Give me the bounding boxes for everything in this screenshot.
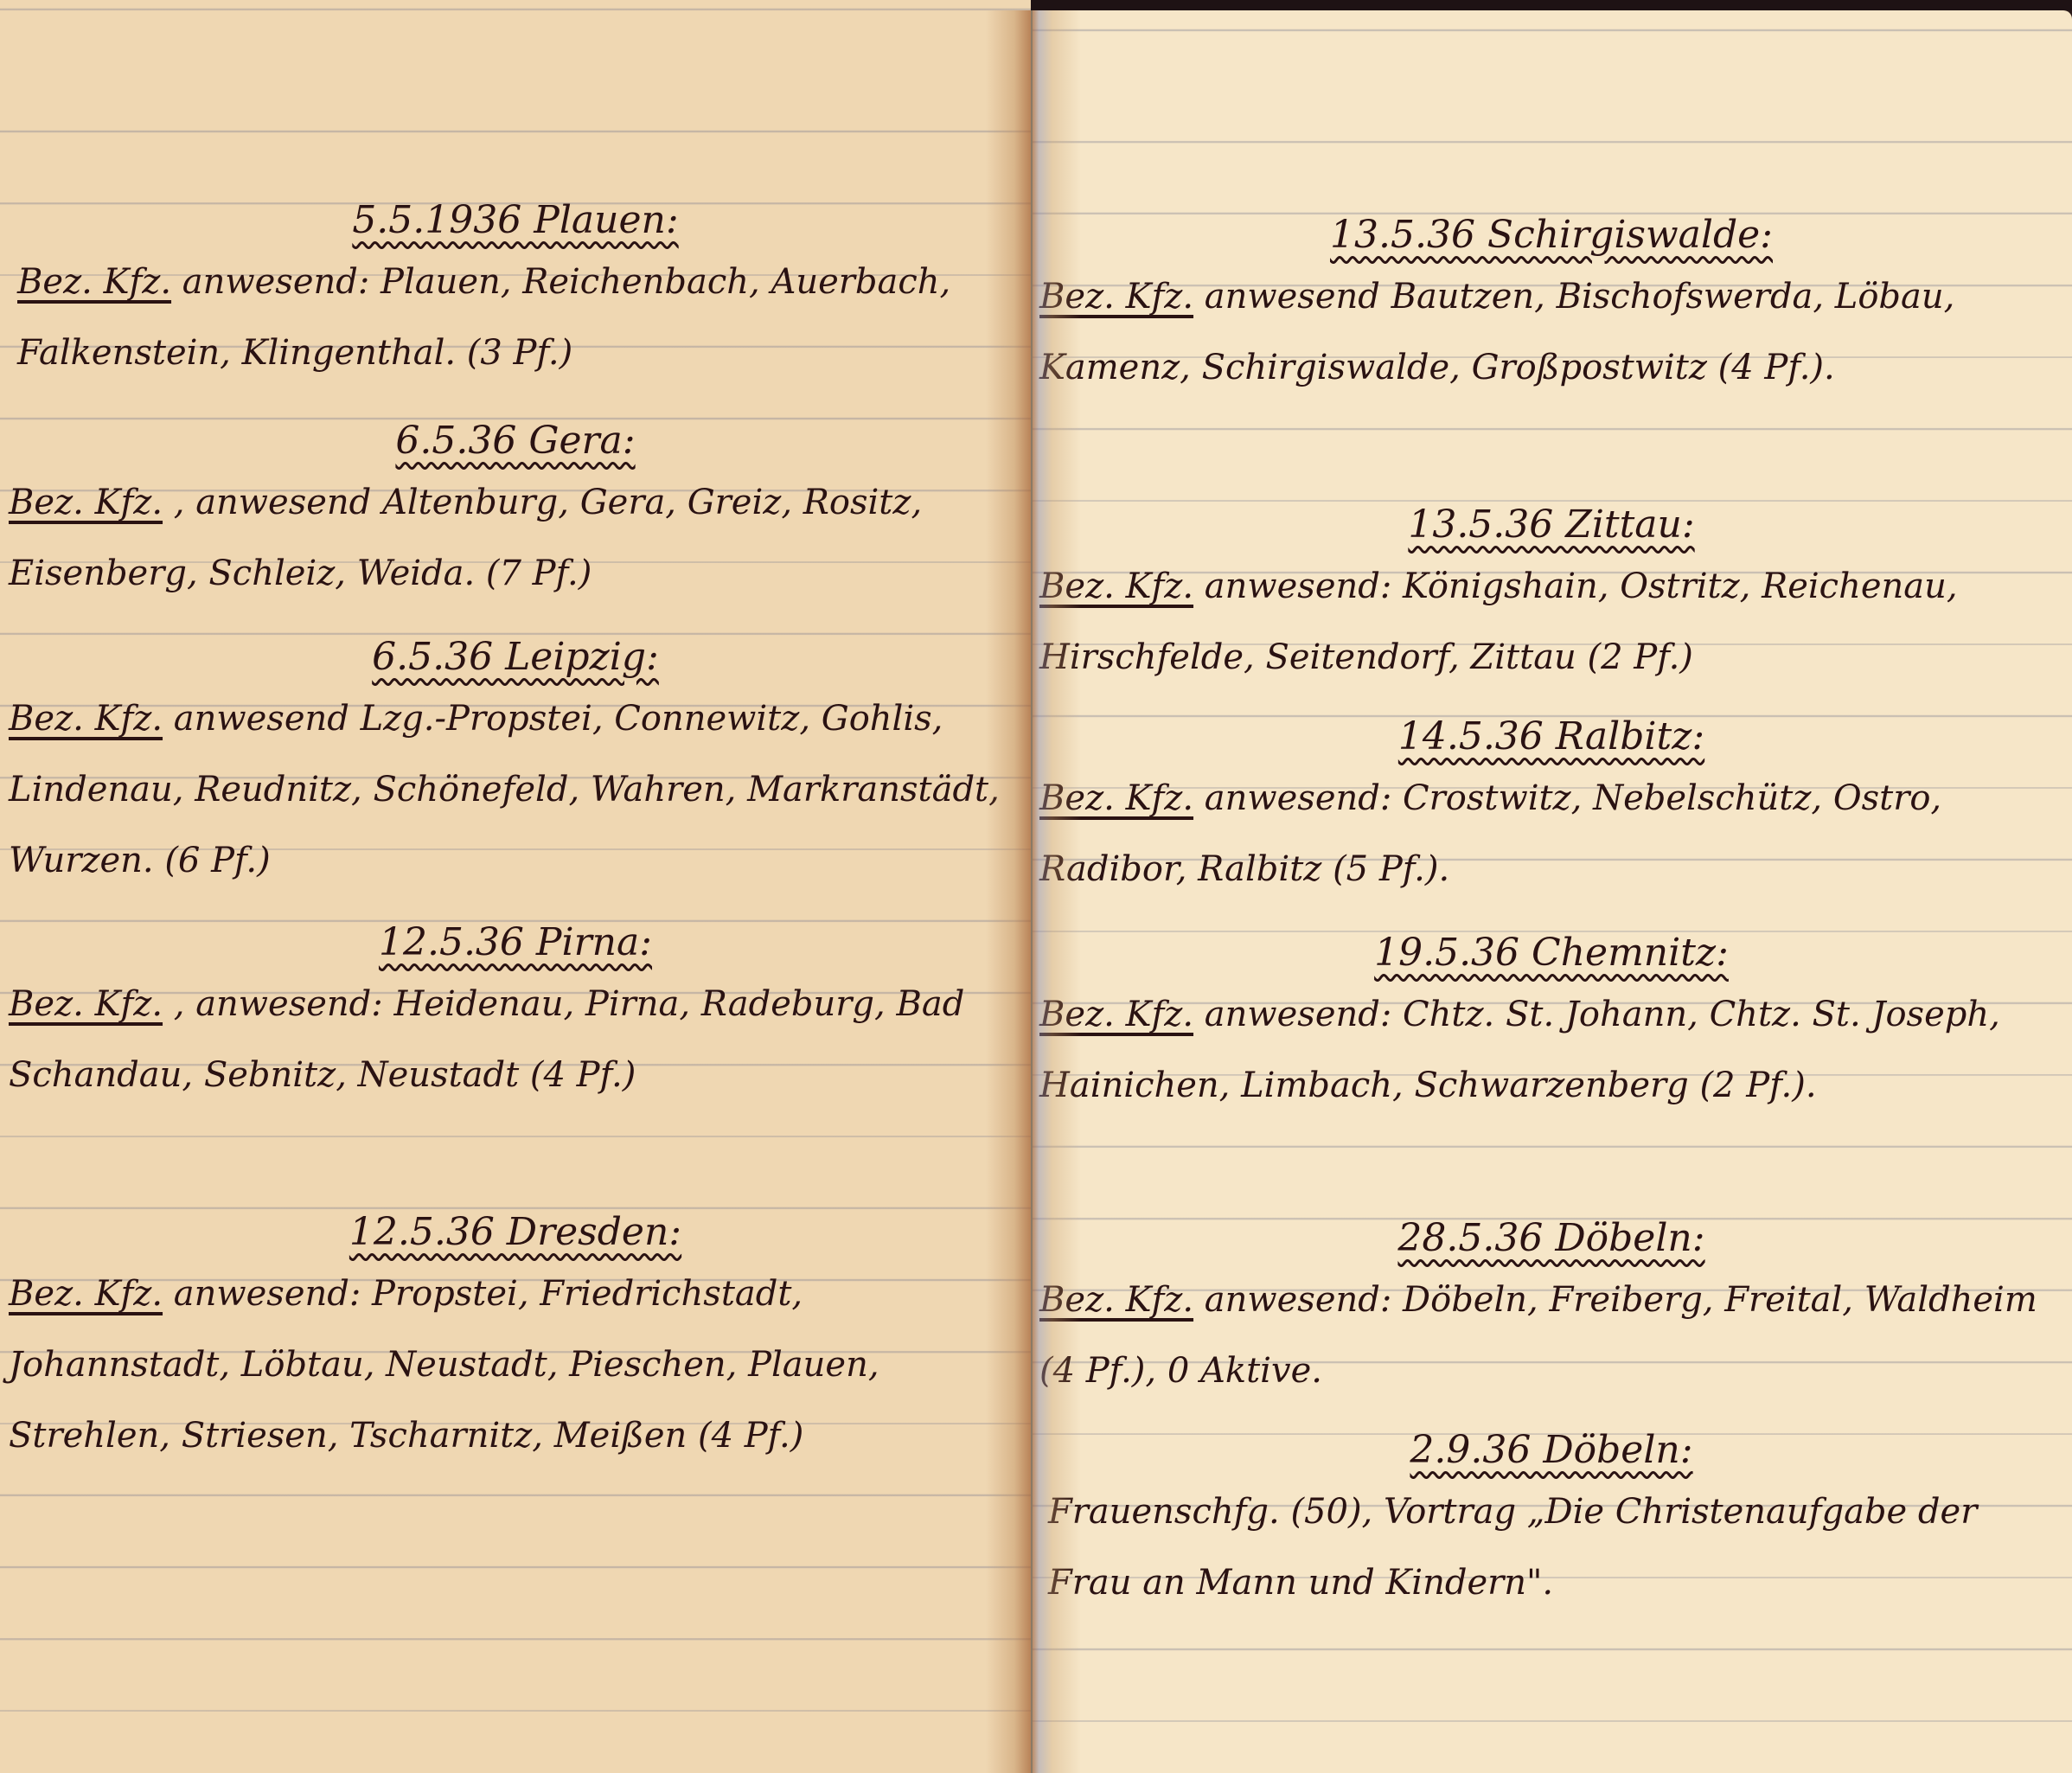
entry-text: Frauenschfg. (50), Vortrag „Die Christen…	[1048, 1492, 1977, 1603]
entry-gera: 6.5.36 Gera: Bez. Kfz. , anwesend Altenb…	[0, 415, 1031, 609]
entry-leipzig: 6.5.36 Leipzig: Bez. Kfz. anwesend Lzg.-…	[0, 631, 1031, 896]
entry-zittau: 13.5.36 Zittau: Bez. Kfz. anwesend: Köni…	[1031, 499, 2072, 693]
entry-heading: 28.5.36 Döbeln:	[1031, 1213, 2072, 1264]
entry-heading: 19.5.36 Chemnitz:	[1031, 927, 2072, 979]
entry-heading: 2.9.36 Döbeln:	[1031, 1424, 2072, 1476]
entry-heading: 13.5.36 Schirgiswalde:	[1031, 209, 2072, 261]
entry-label: Bez. Kfz.	[9, 984, 163, 1024]
notebook-top-edge	[1012, 0, 2072, 10]
entry-label: Bez. Kfz.	[9, 699, 163, 739]
entry-dresden: 12.5.36 Dresden: Bez. Kfz. anwesend: Pro…	[0, 1207, 1031, 1471]
entry-label: Bez. Kfz.	[9, 483, 163, 522]
entry-label: Bez. Kfz.	[9, 1274, 163, 1314]
entry-heading: 13.5.36 Zittau:	[1031, 499, 2072, 551]
entry-heading: 12.5.36 Pirna:	[0, 917, 1031, 969]
left-page: 5.5.1936 Plauen: Bez. Kfz. anwesend: Pla…	[0, 0, 1031, 1773]
entry-heading: 12.5.36 Dresden:	[0, 1207, 1031, 1258]
entry-pirna: 12.5.36 Pirna: Bez. Kfz. , anwesend: Hei…	[0, 917, 1031, 1111]
entry-ralbitz: 14.5.36 Ralbitz: Bez. Kfz. anwesend: Cro…	[1031, 711, 2072, 905]
spine-stain	[986, 10, 1081, 1773]
entry-chemnitz: 19.5.36 Chemnitz: Bez. Kfz. anwesend: Ch…	[1031, 927, 2072, 1121]
entry-doebeln-may: 28.5.36 Döbeln: Bez. Kfz. anwesend: Döbe…	[1031, 1213, 2072, 1406]
entry-label: Bez. Kfz.	[17, 262, 171, 302]
entry-doebeln-sep: 2.9.36 Döbeln: Frauenschfg. (50), Vortra…	[1031, 1424, 2072, 1618]
page-fold	[1031, 10, 1033, 1773]
entry-plauen: 5.5.1936 Plauen: Bez. Kfz. anwesend: Pla…	[0, 195, 1031, 388]
entry-heading: 5.5.1936 Plauen:	[0, 195, 1031, 246]
entry-heading: 6.5.36 Leipzig:	[0, 631, 1031, 683]
entry-schirgiswalde: 13.5.36 Schirgiswalde: Bez. Kfz. anwesen…	[1031, 209, 2072, 403]
notebook-spread: 5.5.1936 Plauen: Bez. Kfz. anwesend: Pla…	[0, 0, 2072, 1773]
entry-heading: 6.5.36 Gera:	[0, 415, 1031, 467]
entry-heading: 14.5.36 Ralbitz:	[1031, 711, 2072, 763]
right-page: 13.5.36 Schirgiswalde: Bez. Kfz. anwesen…	[1031, 10, 2072, 1773]
